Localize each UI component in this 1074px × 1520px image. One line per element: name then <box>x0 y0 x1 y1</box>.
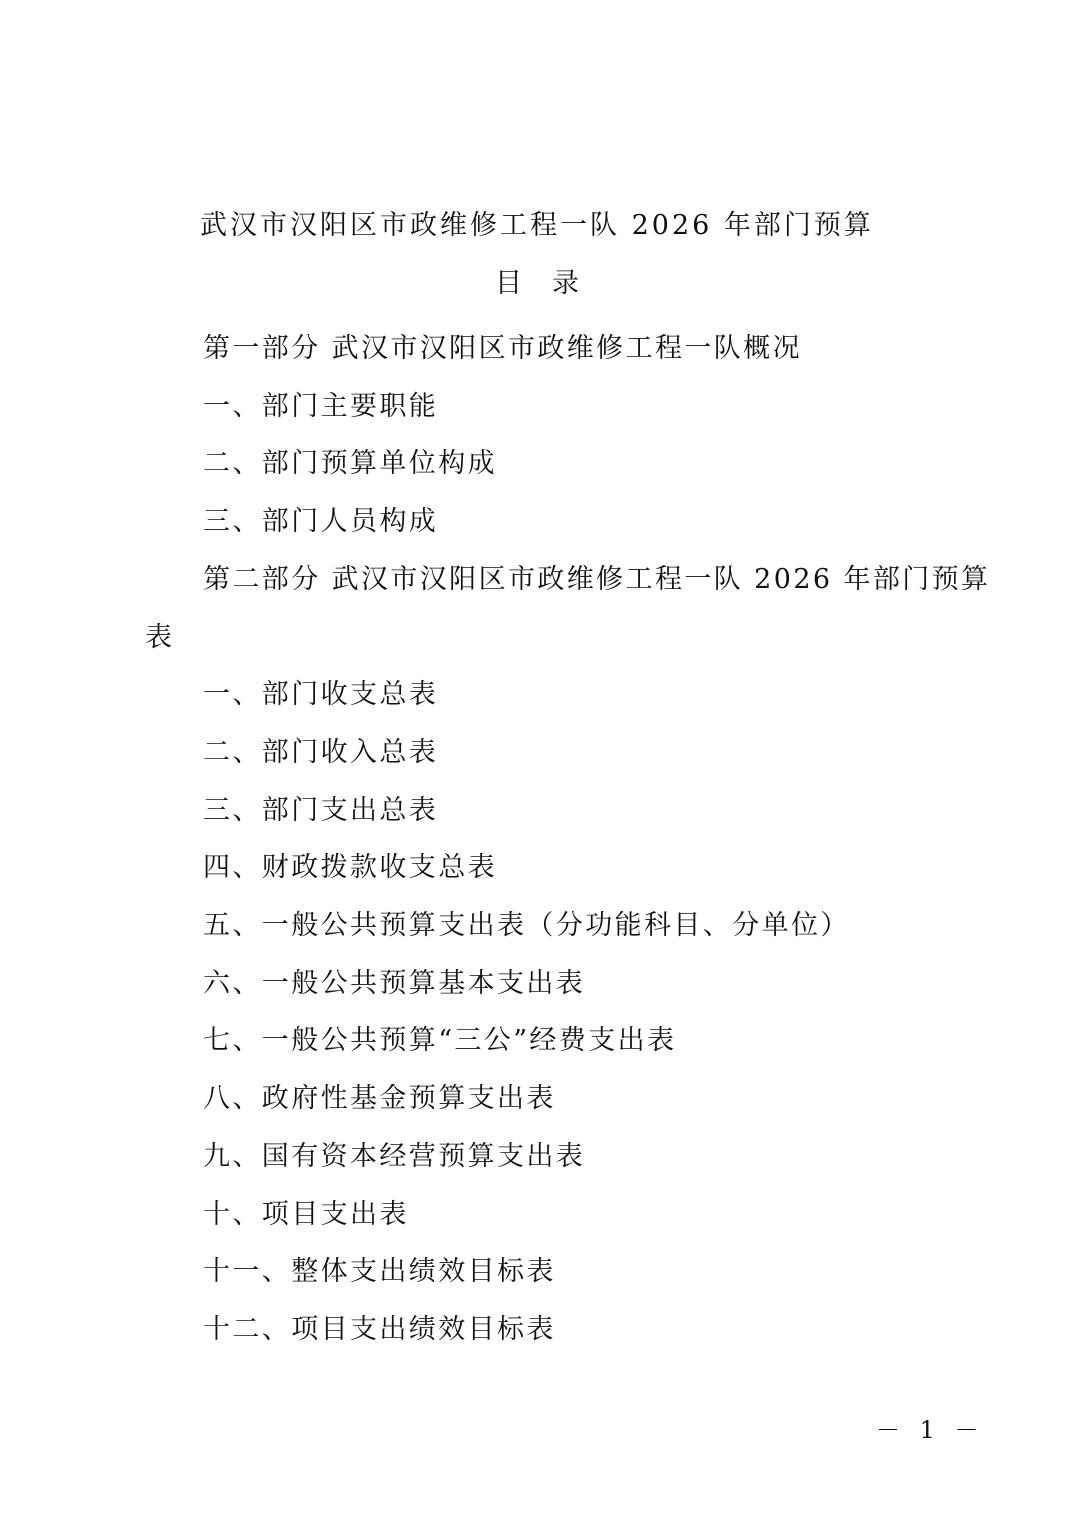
toc-item-table-1: 一、部门收支总表 <box>145 666 945 724</box>
toc-part-1: 第一部分 武汉市汉阳区市政维修工程一队概况 <box>145 320 945 378</box>
toc-part-2: 第二部分 武汉市汉阳区市政维修工程一队 2026 年部门预算 <box>145 551 945 609</box>
toc-item-table-9: 九、国有资本经营预算支出表 <box>145 1128 945 1186</box>
toc-heading-char-2: 录 <box>552 268 579 299</box>
toc-part-2-continuation: 表 <box>145 609 945 667</box>
toc-item-staff-composition: 三、部门人员构成 <box>145 493 945 551</box>
toc-heading: 目录 <box>0 262 1074 306</box>
toc-item-main-functions: 一、部门主要职能 <box>145 378 945 436</box>
toc-item-table-8: 八、政府性基金预算支出表 <box>145 1070 945 1128</box>
toc-heading-char-1: 目 <box>495 268 522 299</box>
toc-item-table-4: 四、财政拨款收支总表 <box>145 839 945 897</box>
toc-item-table-11: 十一、整体支出绩效目标表 <box>145 1243 945 1301</box>
table-of-contents: 第一部分 武汉市汉阳区市政维修工程一队概况 一、部门主要职能 二、部门预算单位构… <box>145 320 945 1359</box>
document-title: 武汉市汉阳区市政维修工程一队 2026 年部门预算 <box>0 204 1074 248</box>
toc-item-table-6: 六、一般公共预算基本支出表 <box>145 955 945 1013</box>
page-number: － 1 － <box>876 1410 985 1445</box>
toc-item-table-3: 三、部门支出总表 <box>145 782 945 840</box>
toc-item-table-7: 七、一般公共预算“三公”经费支出表 <box>145 1012 945 1070</box>
toc-item-table-10: 十、项目支出表 <box>145 1186 945 1244</box>
toc-item-budget-units: 二、部门预算单位构成 <box>145 435 945 493</box>
toc-item-table-12: 十二、项目支出绩效目标表 <box>145 1301 945 1359</box>
toc-item-table-2: 二、部门收入总表 <box>145 724 945 782</box>
toc-item-table-5: 五、一般公共预算支出表（分功能科目、分单位） <box>145 897 945 955</box>
